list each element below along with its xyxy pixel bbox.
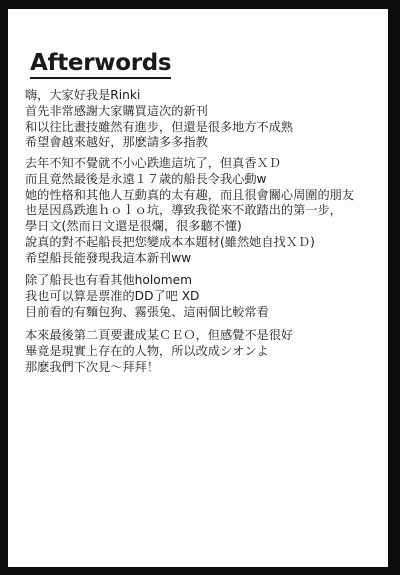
text-line: 和以往比畫技雖然有進步，但還是很多地方不成熟 [25, 120, 293, 136]
text-line: 畢竟是現實上存在的人物，所以改成シオンよ [25, 344, 293, 360]
text-line: 希望船長能發現我這本新刊ww [25, 251, 354, 267]
text-line: 那麽我們下次見～拜拜！ [25, 360, 293, 376]
page-title: Afterwords [30, 50, 171, 79]
text-line: 除了船長也有看其他holomem [25, 273, 269, 289]
text-line: 也是因爲跌進ｈｏｌｏ坑，導致我從來不敢踏出的第一步， [25, 203, 354, 219]
text-line: 嗨，大家好我是Rinki [25, 88, 293, 104]
paragraph-story: 去年不知不覺就不小心跌進這坑了，但真香ＸＤ 而且竟然最後是永遠１７歳的船長令我心… [25, 156, 354, 267]
text-line: 我也可以算是票准的DD了吧 XD [25, 289, 269, 305]
text-line: 學日文(然而日文還是很爛，很多聽不懂) [25, 219, 354, 235]
text-line: 她的性格和其他人互動真的太有趣，而且很會關心周圍的朋友 [25, 188, 354, 204]
text-line: 說真的對不起船長把您變成本本題材(雖然她自找ＸＤ) [25, 235, 354, 251]
paragraph-greeting: 嗨，大家好我是Rinki 首先非常感謝大家購買這次的新刊 和以往比畫技雖然有進步… [25, 88, 293, 151]
text-line: 目前看的有麵包狗、霧張兔、這兩個比較常看 [25, 305, 269, 321]
text-line: 希望會越來越好，那麽請多多指教 [25, 135, 293, 151]
text-line: 本來最後第二頁要畫成某ＣＥＯ，但感覺不是很好 [25, 328, 293, 344]
text-line: 首先非常感謝大家購買這次的新刊 [25, 104, 293, 120]
text-line: 而且竟然最後是永遠１７歳的船長令我心動w [25, 172, 354, 188]
paragraph-closing: 本來最後第二頁要畫成某ＣＥＯ，但感覺不是很好 畢竟是現實上存在的人物，所以改成シ… [25, 328, 293, 375]
paragraph-holomem: 除了船長也有看其他holomem 我也可以算是票准的DD了吧 XD 目前看的有麵… [25, 273, 269, 320]
text-line: 去年不知不覺就不小心跌進這坑了，但真香ＸＤ [25, 156, 354, 172]
